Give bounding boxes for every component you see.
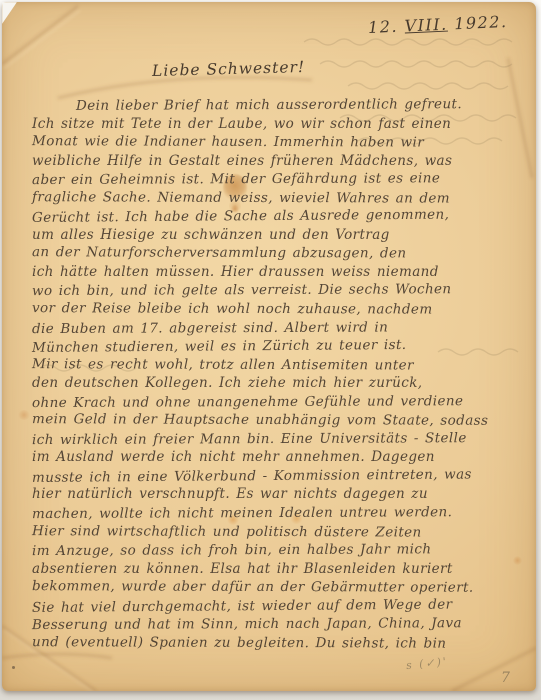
- letter-body-line: Besserung und hat im Sinn, mich nach Jap…: [32, 614, 520, 635]
- letter-body-line: Ich sitze mit Tete in der Laube, wo wir …: [32, 115, 520, 134]
- letter-page: 12. VIII. 1922. Liebe Schwester! Dein li…: [2, 2, 536, 691]
- letter-body-line: ich wirklich ein freier Mann bin. Eine U…: [32, 429, 520, 450]
- letter-body-line: ohne Krach und ohne unangenehme Gefühle …: [32, 392, 520, 413]
- letter-body-line: den deutschen Kollegen. Ich ziehe mich h…: [32, 374, 520, 393]
- letter-body-line: an der Naturforscherversammlung abzusage…: [32, 244, 520, 264]
- letter-body-line: und (eventuell) Spanien zu begleiten. Du…: [32, 633, 520, 653]
- letter-body-line: bekommen, wurde aber dafür an der Gebärm…: [32, 577, 520, 597]
- letter-salutation: Liebe Schwester!: [152, 58, 306, 80]
- pencil-mark-right: 7: [501, 670, 510, 686]
- letter-body-line: Gerücht ist. Ich habe die Sache als Ausr…: [32, 205, 520, 227]
- letter-body-line: hier natürlich verschnupft. Es war nicht…: [32, 485, 520, 504]
- pencil-mark-left: s (✓)': [405, 655, 448, 672]
- letter-body-line: um alles Hiesige zu schwänzen und den Vo…: [32, 226, 520, 245]
- letter-body-line: musste ich in eine Völkerbund - Kommissi…: [32, 465, 520, 487]
- letter-body-line: Dein lieber Brief hat mich ausserordentl…: [32, 95, 520, 116]
- letter-body-line: wo ich bin, und ich gelte als verreist. …: [32, 280, 520, 301]
- letter-body-line: im Anzuge, so dass ich froh bin, ein hal…: [32, 540, 520, 561]
- letter-body-line: vor der Reise bleibe ich wohl noch zuhau…: [32, 299, 520, 319]
- ink-stain-dot: [18, 410, 30, 420]
- date-month: VIII.: [404, 15, 448, 36]
- letter-body-line: absentieren zu können. Elsa hat ihr Blas…: [32, 560, 520, 579]
- letter-photograph: 12. VIII. 1922. Liebe Schwester! Dein li…: [0, 0, 541, 700]
- date-year: 1922.: [454, 12, 508, 33]
- letter-body-line: im Ausland werde ich nicht mehr annehmen…: [32, 448, 520, 467]
- letter-body-line: München studieren, weil es in Zürich zu …: [32, 335, 520, 357]
- letter-body-line: mein Geld in der Hauptsache unabhängig v…: [32, 410, 520, 430]
- letter-body-line: Hier sind wirtschaftlich und politisch d…: [32, 522, 520, 542]
- letter-body-line: machen, wollte ich nicht meinen Idealen …: [32, 503, 520, 524]
- letter-body-line: Mir ist es recht wohl, trotz allen Antis…: [32, 355, 520, 375]
- paper-corner-chip: [2, 2, 17, 24]
- letter-body-line: ich hätte halten müssen. Hier draussen w…: [32, 263, 520, 282]
- letter-body-line: weibliche Hilfe in Gestalt eines frühere…: [32, 152, 520, 171]
- letter-body: Dein lieber Brief hat mich ausserordentl…: [32, 96, 520, 652]
- letter-date: 12. VIII. 1922.: [368, 12, 508, 37]
- letter-body-line: Monat wie die Indianer hausen. Immerhin …: [32, 132, 520, 152]
- paper-speck: [12, 666, 15, 669]
- date-day: 12.: [368, 17, 399, 37]
- letter-body-line: aber ein Geheimnis ist. Mit der Gefährdu…: [32, 169, 520, 190]
